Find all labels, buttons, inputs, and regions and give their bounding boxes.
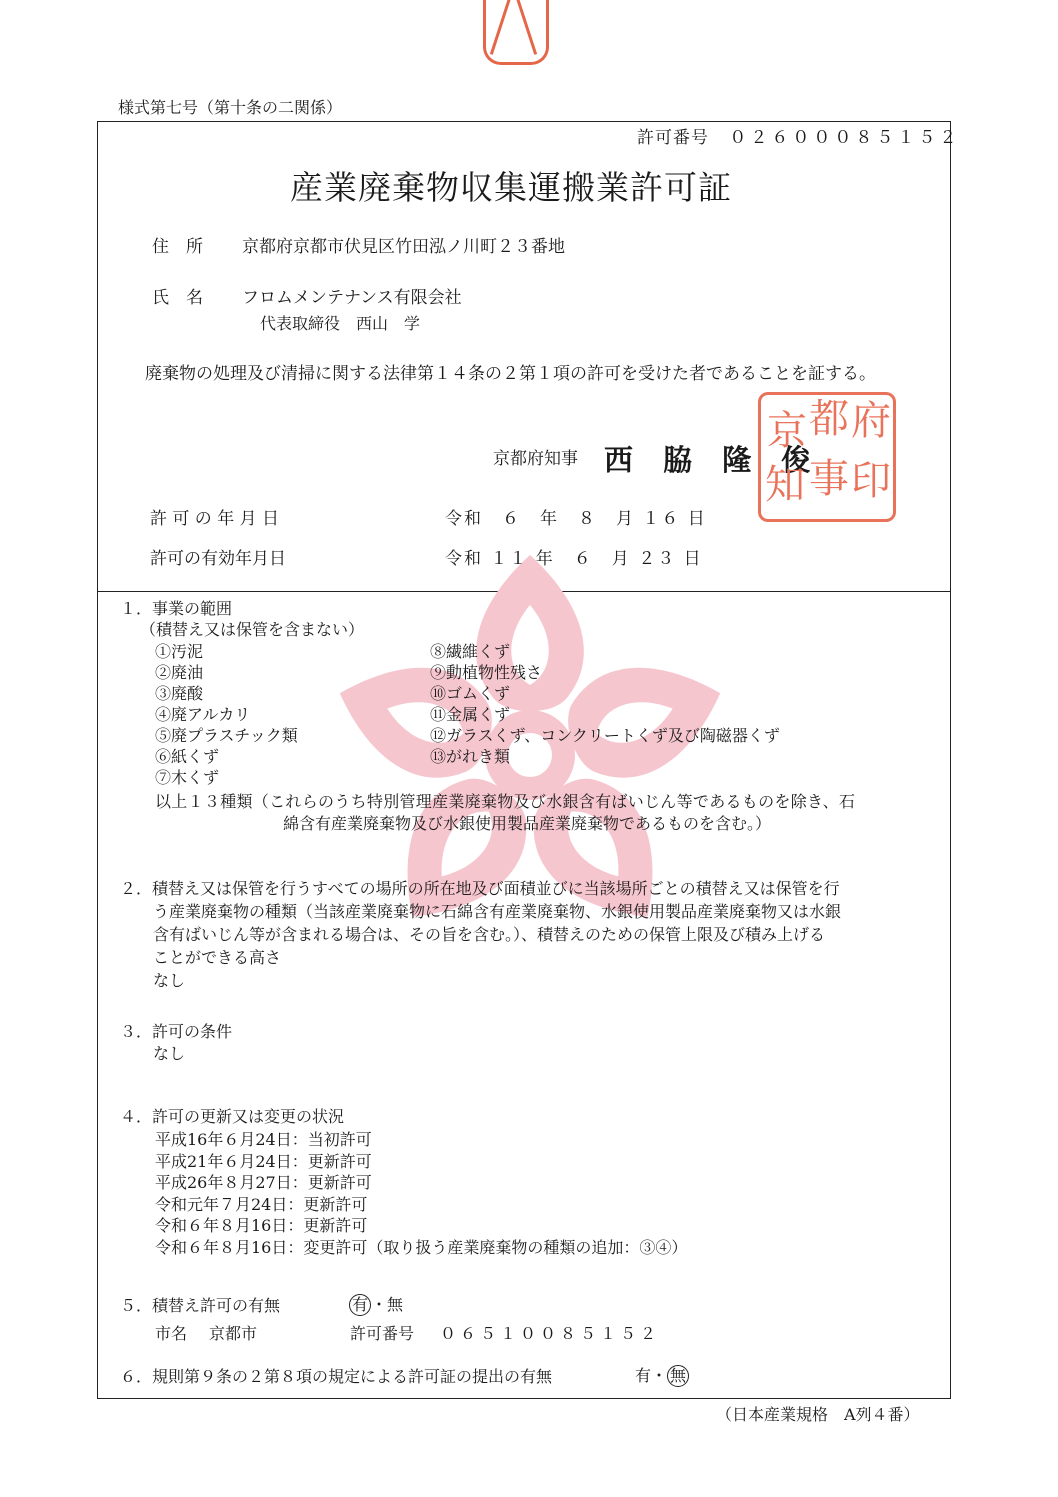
waste-item: ②廃油 [155,662,298,683]
choice-yes: 有 [635,1366,651,1385]
waste-item: ①汚泥 [155,641,298,662]
transfer-permit-label: 許可番号 [350,1324,414,1344]
waste-item: ⑧繊維くず [430,641,780,662]
choice-separator: ・ [371,1295,387,1314]
seal-char: 知 [765,463,805,507]
address-value: 京都府京都市伏見区竹田泓ノ川町２３番地 [242,237,565,258]
waste-item: ③廃酸 [155,683,298,704]
governor-seal-stamp: 京 都 府 知 事 印 [758,392,896,522]
permit-date-value: 令和 ６ 年 ８ 月 １６ 日 [445,509,707,530]
permit-number-value: ０２６０００８５１５２ [729,128,960,148]
section3-value: なし [153,1044,185,1064]
transfer-permit-number: ０６５１００８５１５２ [440,1324,660,1344]
waste-item: ⑪金属くず [430,704,780,725]
choice-separator: ・ [651,1366,667,1385]
document-title: 産業廃棄物収集運搬業許可証 [290,168,732,208]
waste-item: ⑬がれき類 [430,746,780,767]
section2-text: ２．積替え又は保管を行うすべての場所の所在地及び面積並びに当該場所ごとの積替え又… [120,877,841,992]
waste-item: ⑤廃プラスチック類 [155,725,298,746]
section6-choice: 有・無 [635,1365,689,1387]
waste-item: ⑨動植物性残さ [430,662,780,683]
section5-heading: ５．積替え許可の有無 [120,1296,280,1316]
section2-line: ２．積替え又は保管を行うすべての場所の所在地及び面積並びに当該場所ごとの積替え又… [120,877,841,900]
name-label: 氏 名 [152,288,203,309]
permit-date-label: 許 可 の 年 月 日 [150,509,279,530]
city-label: 市名 [155,1324,187,1344]
history-item: 令和６年８月16日：変更許可（取り扱う産業廃棄物の種類の追加：③④） [155,1237,687,1259]
section2-value: なし [120,969,841,992]
history-list: 平成16年６月24日：当初許可 平成21年６月24日：更新許可 平成26年８月2… [155,1129,687,1258]
choice-no: 無 [387,1295,403,1314]
paper-size-footer: （日本産業規格 A列４番） [716,1405,920,1425]
seal-char: 都 [809,397,849,441]
company-name: フロムメンテナンス有限会社 [242,288,462,309]
address-label: 住 所 [152,237,203,258]
seal-char: 事 [809,457,849,501]
waste-item: ⑫ガラスくず、コンクリートくず及び陶磁器くず [430,725,780,746]
seal-char: 京 [767,409,807,453]
top-seal-stamp [483,0,549,65]
history-item: 令和元年７月24日：更新許可 [155,1194,687,1216]
history-item: 平成21年６月24日：更新許可 [155,1151,687,1173]
expiry-date-value: 令和 １１ 年 ６ 月 ２３ 日 [445,549,703,570]
choice-yes-selected: 有 [349,1294,371,1316]
city-value: 京都市 [209,1324,257,1344]
waste-item: ⑩ゴムくず [430,683,780,704]
waste-item: ⑥紙くず [155,746,298,767]
seal-char: 府 [851,399,891,443]
history-item: 平成26年８月27日：更新許可 [155,1172,687,1194]
section2-line: ことができる高さ [120,946,841,969]
section3-heading: ３．許可の条件 [120,1022,232,1042]
permit-number-label: 許可番号 [637,128,709,148]
issuer-title: 京都府知事 [493,449,578,470]
choice-no-selected: 無 [667,1365,689,1387]
certification-statement: 廃棄物の処理及び清掃に関する法律第１４条の２第１項の許可を受けた者であることを証… [145,364,876,385]
section6-heading: ６．規則第９条の２第８項の規定による許可証の提出の有無 [120,1367,552,1387]
section2-line: う産業廃棄物の種類（当該産業廃棄物に石綿含有産業廃棄物、水銀使用製品産業廃棄物又… [120,900,841,923]
representative: 代表取締役 西山 学 [260,314,420,334]
form-reference: 様式第七号（第十条の二関係） [118,98,342,118]
history-item: 令和６年８月16日：更新許可 [155,1215,687,1237]
waste-list-right: ⑧繊維くず ⑨動植物性残さ ⑩ゴムくず ⑪金属くず ⑫ガラスくず、コンクリートく… [430,641,780,767]
permit-number: 許可番号 ０２６０００８５１５２ [637,128,960,149]
section1-heading: １．事業の範囲 [120,599,232,619]
section5-choice: 有・無 [349,1294,403,1316]
history-item: 平成16年６月24日：当初許可 [155,1129,687,1151]
waste-item: ⑦木くず [155,767,298,788]
waste-list-left: ①汚泥 ②廃油 ③廃酸 ④廃アルカリ ⑤廃プラスチック類 ⑥紙くず ⑦木くず [155,641,298,788]
section2-line: 含有ばいじん等が含まれる場合は、その旨を含む。）、積替えのための保管上限及び積み… [120,923,841,946]
waste-item: ④廃アルカリ [155,704,298,725]
section1-summary-line1: 以上１３種類（これらのうち特別管理産業廃棄物及び水銀含有ばいじん等であるものを除… [155,792,855,812]
expiry-date-label: 許可の有効年月日 [150,549,286,570]
section4-heading: ４．許可の更新又は変更の状況 [120,1107,344,1127]
section1-subheading: （積替え又は保管を含まない） [140,620,364,640]
seal-char: 印 [851,459,891,503]
section1-summary-line2: 綿含有産業廃棄物及び水銀使用製品産業廃棄物であるものを含む。） [283,814,771,834]
